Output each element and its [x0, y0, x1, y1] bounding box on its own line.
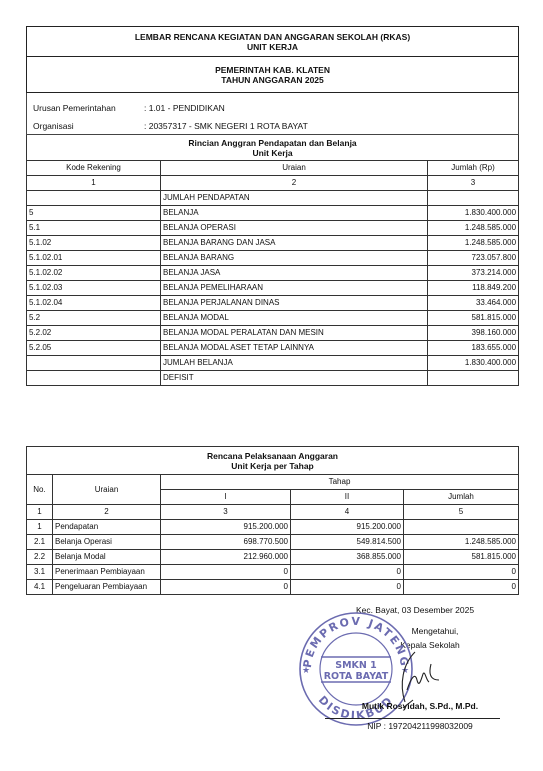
- government-name: PEMERINTAH KAB. KLATEN: [29, 65, 516, 75]
- tahap-2-cell: 0: [291, 565, 404, 580]
- uraian-cell: Penerimaan Pembiayaan: [53, 565, 161, 580]
- jumlah-cell: 1.248.585.000: [428, 236, 519, 251]
- uraian-cell: BELANJA MODAL: [161, 311, 428, 326]
- uraian-cell: BELANJA BARANG: [161, 251, 428, 266]
- kode-rekening-cell: 5.1.02: [27, 236, 161, 251]
- table-row: 5.1.02BELANJA BARANG DAN JASA1.248.585.0…: [27, 236, 519, 251]
- uraian-cell: BELANJA JASA: [161, 266, 428, 281]
- header-number-3: 3: [428, 176, 519, 191]
- tahap-2-cell: 915.200.000: [291, 520, 404, 535]
- table-row: 5.1.02.02BELANJA JASA373.214.000: [27, 266, 519, 281]
- kode-rekening-cell: 5.1.02.03: [27, 281, 161, 296]
- pelaksanaan-number-row: 1 2 3 4 5: [27, 505, 519, 520]
- jumlah-cell: 398.160.000: [428, 326, 519, 341]
- pelaksanaan-rows: 1Pendapatan915.200.000915.200.0002.1Bela…: [27, 520, 519, 595]
- info-value-organisasi: : 20357317 - SMK NEGERI 1 ROTA BAYAT: [144, 119, 308, 133]
- tahap-1-cell: 915.200.000: [161, 520, 291, 535]
- header-number-2: 2: [53, 505, 161, 520]
- tahap-2-cell: 368.855.000: [291, 550, 404, 565]
- table-row: 5.2.05BELANJA MODAL ASET TETAP LAINNYA18…: [27, 341, 519, 356]
- jumlah-cell: 0: [404, 580, 519, 595]
- rincian-subtitle: Unit Kerja: [29, 148, 516, 158]
- principal-name: Mutik Rosyidah, S.Pd., M.Pd.: [340, 701, 500, 711]
- table-row: 5.1.02.04BELANJA PERJALANAN DINAS33.464.…: [27, 296, 519, 311]
- jumlah-cell: [428, 191, 519, 206]
- tahap-1-cell: 212.960.000: [161, 550, 291, 565]
- kode-rekening-cell: 5.2: [27, 311, 161, 326]
- table-row: 5BELANJA1.830.400.000: [27, 206, 519, 221]
- pelaksanaan-subtitle: Unit Kerja per Tahap: [29, 461, 516, 471]
- jumlah-cell: 1.830.400.000: [428, 356, 519, 371]
- kode-rekening-cell: 5.1.02.01: [27, 251, 161, 266]
- jumlah-cell: 1.248.585.000: [428, 221, 519, 236]
- star-icon: ★: [302, 666, 310, 676]
- info-label-urusan: Urusan Pemerintahan: [33, 101, 116, 115]
- uraian-cell: BELANJA: [161, 206, 428, 221]
- document-title-row: LEMBAR RENCANA KEGIATAN DAN ANGGARAN SEK…: [27, 27, 519, 57]
- jumlah-cell: 33.464.000: [428, 296, 519, 311]
- header-jumlah: Jumlah (Rp): [428, 161, 519, 176]
- rincian-number-row: 1 2 3: [27, 176, 519, 191]
- header-tahap-jumlah: Jumlah: [404, 490, 519, 505]
- jumlah-cell: 118.849.200: [428, 281, 519, 296]
- jumlah-cell: 1.830.400.000: [428, 206, 519, 221]
- table-row: 1Pendapatan915.200.000915.200.000: [27, 520, 519, 535]
- jumlah-cell: [404, 520, 519, 535]
- kode-rekening-cell: [27, 356, 161, 371]
- table-row: 5.2.02BELANJA MODAL PERALATAN DAN MESIN3…: [27, 326, 519, 341]
- kode-rekening-cell: 5.1: [27, 221, 161, 236]
- stamp-center-line2: ROTA BAYAT: [324, 671, 389, 682]
- tahap-1-cell: 698.770.500: [161, 535, 291, 550]
- kode-rekening-cell: 5.1.02.02: [27, 266, 161, 281]
- jumlah-cell: 581.815.000: [404, 550, 519, 565]
- header-number-5: 5: [404, 505, 519, 520]
- uraian-cell: BELANJA PERJALANAN DINAS: [161, 296, 428, 311]
- uraian-cell: DEFISIT: [161, 371, 428, 386]
- tahap-1-cell: 0: [161, 565, 291, 580]
- uraian-cell: BELANJA MODAL PERALATAN DAN MESIN: [161, 326, 428, 341]
- uraian-cell: JUMLAH BELANJA: [161, 356, 428, 371]
- rkas-main-table: LEMBAR RENCANA KEGIATAN DAN ANGGARAN SEK…: [26, 26, 519, 386]
- uraian-cell: BELANJA PEMELIHARAAN: [161, 281, 428, 296]
- table-row: JUMLAH PENDAPATAN: [27, 191, 519, 206]
- tahap-2-cell: 0: [291, 580, 404, 595]
- header-number-1: 1: [27, 505, 53, 520]
- no-cell: 3.1: [27, 565, 53, 580]
- header-uraian: Uraian: [161, 161, 428, 176]
- header-tahap-2: II: [291, 490, 404, 505]
- document-title: LEMBAR RENCANA KEGIATAN DAN ANGGARAN SEK…: [29, 32, 516, 42]
- jumlah-cell: 1.248.585.000: [404, 535, 519, 550]
- rincian-title-row: Rincian Anggran Pendapatan dan Belanja U…: [27, 135, 519, 161]
- header-number-1: 1: [27, 176, 161, 191]
- table-row: 3.1Penerimaan Pembiayaan000: [27, 565, 519, 580]
- tahap-2-cell: 549.814.500: [291, 535, 404, 550]
- kode-rekening-cell: 5.1.02.04: [27, 296, 161, 311]
- rincian-title: Rincian Anggran Pendapatan dan Belanja: [29, 138, 516, 148]
- no-cell: 2.1: [27, 535, 53, 550]
- document-subtitle: UNIT KERJA: [29, 42, 516, 52]
- kode-rekening-cell: 5.2.05: [27, 341, 161, 356]
- jumlah-cell: [428, 371, 519, 386]
- rincian-rows: JUMLAH PENDAPATAN5BELANJA1.830.400.0005.…: [27, 191, 519, 386]
- kode-rekening-cell: [27, 191, 161, 206]
- info-value-urusan: : 1.01 - PENDIDIKAN: [144, 101, 225, 115]
- table-row: 5.2BELANJA MODAL581.815.000: [27, 311, 519, 326]
- table-row: 2.2Belanja Modal212.960.000368.855.00058…: [27, 550, 519, 565]
- table-row: 4.1Pengeluaran Pembiayaan000: [27, 580, 519, 595]
- table-row: JUMLAH BELANJA1.830.400.000: [27, 356, 519, 371]
- header-tahap: Tahap: [161, 475, 519, 490]
- pelaksanaan-table: Rencana Pelaksanaan Anggaran Unit Kerja …: [26, 446, 519, 595]
- table-row: 5.1.02.03BELANJA PEMELIHARAAN118.849.200: [27, 281, 519, 296]
- uraian-cell: Belanja Operasi: [53, 535, 161, 550]
- table-row: 5.1.02.01BELANJA BARANG723.057.800: [27, 251, 519, 266]
- rincian-header-row: Kode Rekening Uraian Jumlah (Rp): [27, 161, 519, 176]
- stamp-center-line1: SMKN 1: [335, 660, 377, 671]
- header-no: No.: [27, 475, 53, 505]
- kode-rekening-cell: 5: [27, 206, 161, 221]
- jumlah-cell: 723.057.800: [428, 251, 519, 266]
- jumlah-cell: 183.655.000: [428, 341, 519, 356]
- pelaksanaan-header-row-1: No. Uraian Tahap: [27, 475, 519, 490]
- signature-underline: [325, 718, 500, 719]
- uraian-cell: BELANJA OPERASI: [161, 221, 428, 236]
- table-row: 2.1Belanja Operasi698.770.500549.814.500…: [27, 535, 519, 550]
- principal-nip: NIP : 197204211998032009: [340, 721, 500, 731]
- jumlah-cell: 373.214.000: [428, 266, 519, 281]
- info-label-organisasi: Organisasi: [33, 119, 74, 133]
- uraian-cell: Pengeluaran Pembiayaan: [53, 580, 161, 595]
- header-kode-rekening: Kode Rekening: [27, 161, 161, 176]
- no-cell: 2.2: [27, 550, 53, 565]
- pelaksanaan-title-row: Rencana Pelaksanaan Anggaran Unit Kerja …: [27, 447, 519, 475]
- tahap-1-cell: 0: [161, 580, 291, 595]
- no-cell: 1: [27, 520, 53, 535]
- table-row: 5.1BELANJA OPERASI1.248.585.000: [27, 221, 519, 236]
- header-uraian: Uraian: [53, 475, 161, 505]
- uraian-cell: BELANJA MODAL ASET TETAP LAINNYA: [161, 341, 428, 356]
- uraian-cell: JUMLAH PENDAPATAN: [161, 191, 428, 206]
- kode-rekening-cell: [27, 371, 161, 386]
- header-number-2: 2: [161, 176, 428, 191]
- uraian-cell: Pendapatan: [53, 520, 161, 535]
- jumlah-cell: 0: [404, 565, 519, 580]
- jumlah-cell: 581.815.000: [428, 311, 519, 326]
- uraian-cell: BELANJA BARANG DAN JASA: [161, 236, 428, 251]
- no-cell: 4.1: [27, 580, 53, 595]
- pelaksanaan-title: Rencana Pelaksanaan Anggaran: [29, 451, 516, 461]
- header-number-4: 4: [291, 505, 404, 520]
- fiscal-year: TAHUN ANGGARAN 2025: [29, 75, 516, 85]
- uraian-cell: Belanja Modal: [53, 550, 161, 565]
- table-row: DEFISIT: [27, 371, 519, 386]
- kode-rekening-cell: 5.2.02: [27, 326, 161, 341]
- government-row: PEMERINTAH KAB. KLATEN TAHUN ANGGARAN 20…: [27, 57, 519, 93]
- header-number-3: 3: [161, 505, 291, 520]
- info-block: Urusan Pemerintahan : 1.01 - PENDIDIKAN …: [27, 93, 519, 135]
- header-tahap-1: I: [161, 490, 291, 505]
